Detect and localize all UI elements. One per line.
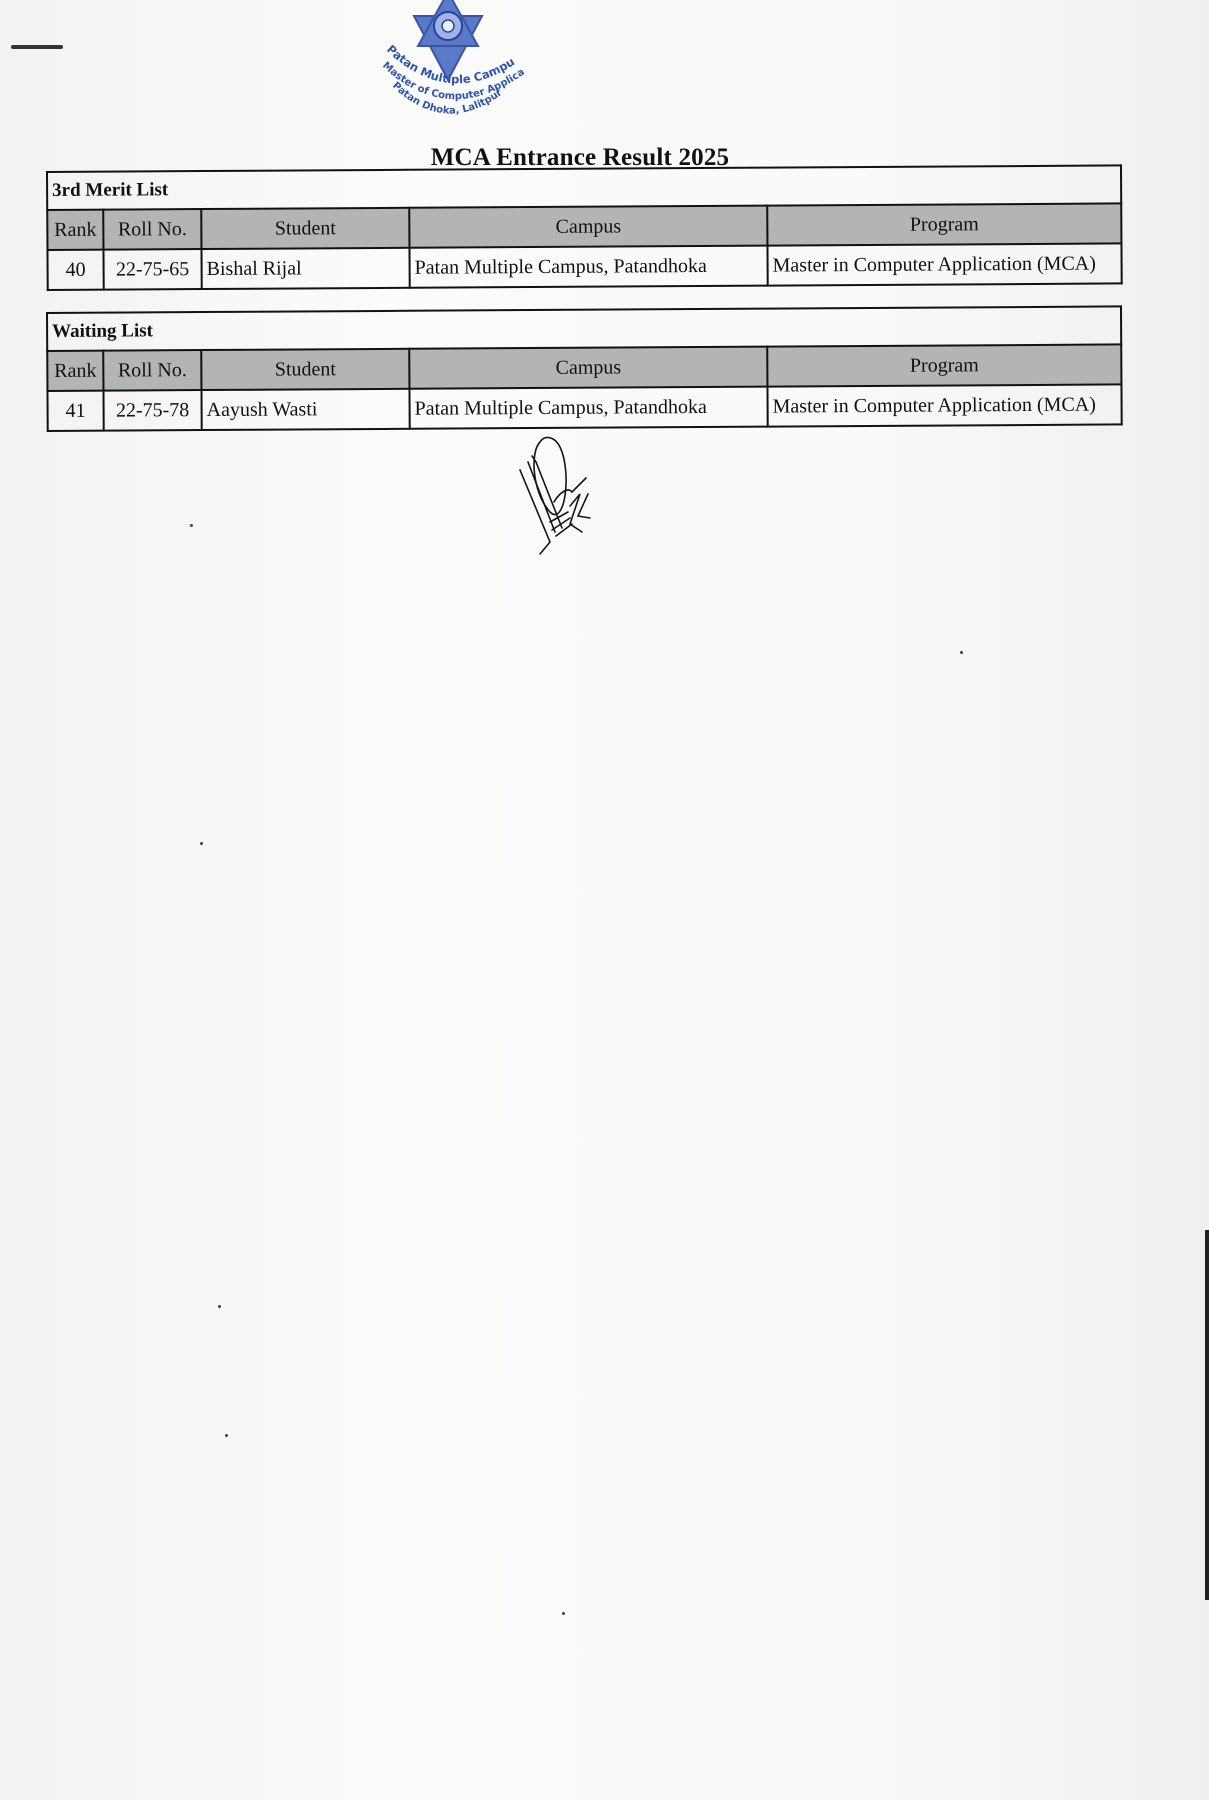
scan-speck	[225, 1434, 228, 1437]
scan-speck	[218, 1305, 221, 1308]
handwritten-signature-icon	[510, 432, 610, 572]
scan-speck	[562, 1612, 565, 1615]
waiting-list-table: Waiting List Rank Roll No. Student Campu…	[46, 305, 1123, 432]
signature	[510, 432, 610, 572]
column-header-program: Program	[767, 203, 1121, 245]
column-header-student: Student	[201, 208, 409, 249]
roll-cell: 22-75-65	[103, 249, 201, 290]
campus-logo: Patan Multiple Campus Master of Computer…	[378, 0, 548, 128]
student-cell: Bishal Rijal	[201, 248, 409, 289]
merit-list-table: 3rd Merit List Rank Roll No. Student Cam…	[46, 164, 1123, 291]
column-header-rank: Rank	[47, 351, 103, 391]
scan-speck	[190, 524, 193, 527]
program-cell: Master in Computer Application (MCA)	[767, 384, 1121, 426]
roll-cell: 22-75-78	[103, 390, 201, 431]
section-caption: 3rd Merit List	[47, 165, 1121, 210]
column-header-campus: Campus	[409, 206, 767, 248]
column-header-student: Student	[201, 349, 409, 390]
student-cell: Aayush Wasti	[201, 389, 409, 430]
column-header-roll: Roll No.	[103, 209, 201, 250]
program-cell: Master in Computer Application (MCA)	[767, 243, 1121, 285]
rank-cell: 40	[47, 250, 103, 290]
pen-mark	[11, 45, 63, 49]
campus-cell: Patan Multiple Campus, Patandhoka	[409, 387, 767, 429]
column-header-rank: Rank	[47, 210, 103, 250]
scan-speck	[200, 842, 203, 845]
campus-cell: Patan Multiple Campus, Patandhoka	[409, 246, 767, 288]
column-header-campus: Campus	[409, 347, 767, 389]
page-edge-shadow	[1205, 1230, 1209, 1600]
column-header-roll: Roll No.	[103, 350, 201, 391]
section-caption: Waiting List	[47, 306, 1121, 351]
scan-speck	[960, 651, 963, 654]
nepal-star-emblem-icon: Patan Multiple Campus Master of Computer…	[378, 0, 548, 128]
table-row: 40 22-75-65 Bishal Rijal Patan Multiple …	[47, 243, 1121, 290]
column-header-program: Program	[767, 344, 1121, 386]
rank-cell: 41	[47, 391, 103, 431]
table-row: 41 22-75-78 Aayush Wasti Patan Multiple …	[47, 384, 1121, 431]
